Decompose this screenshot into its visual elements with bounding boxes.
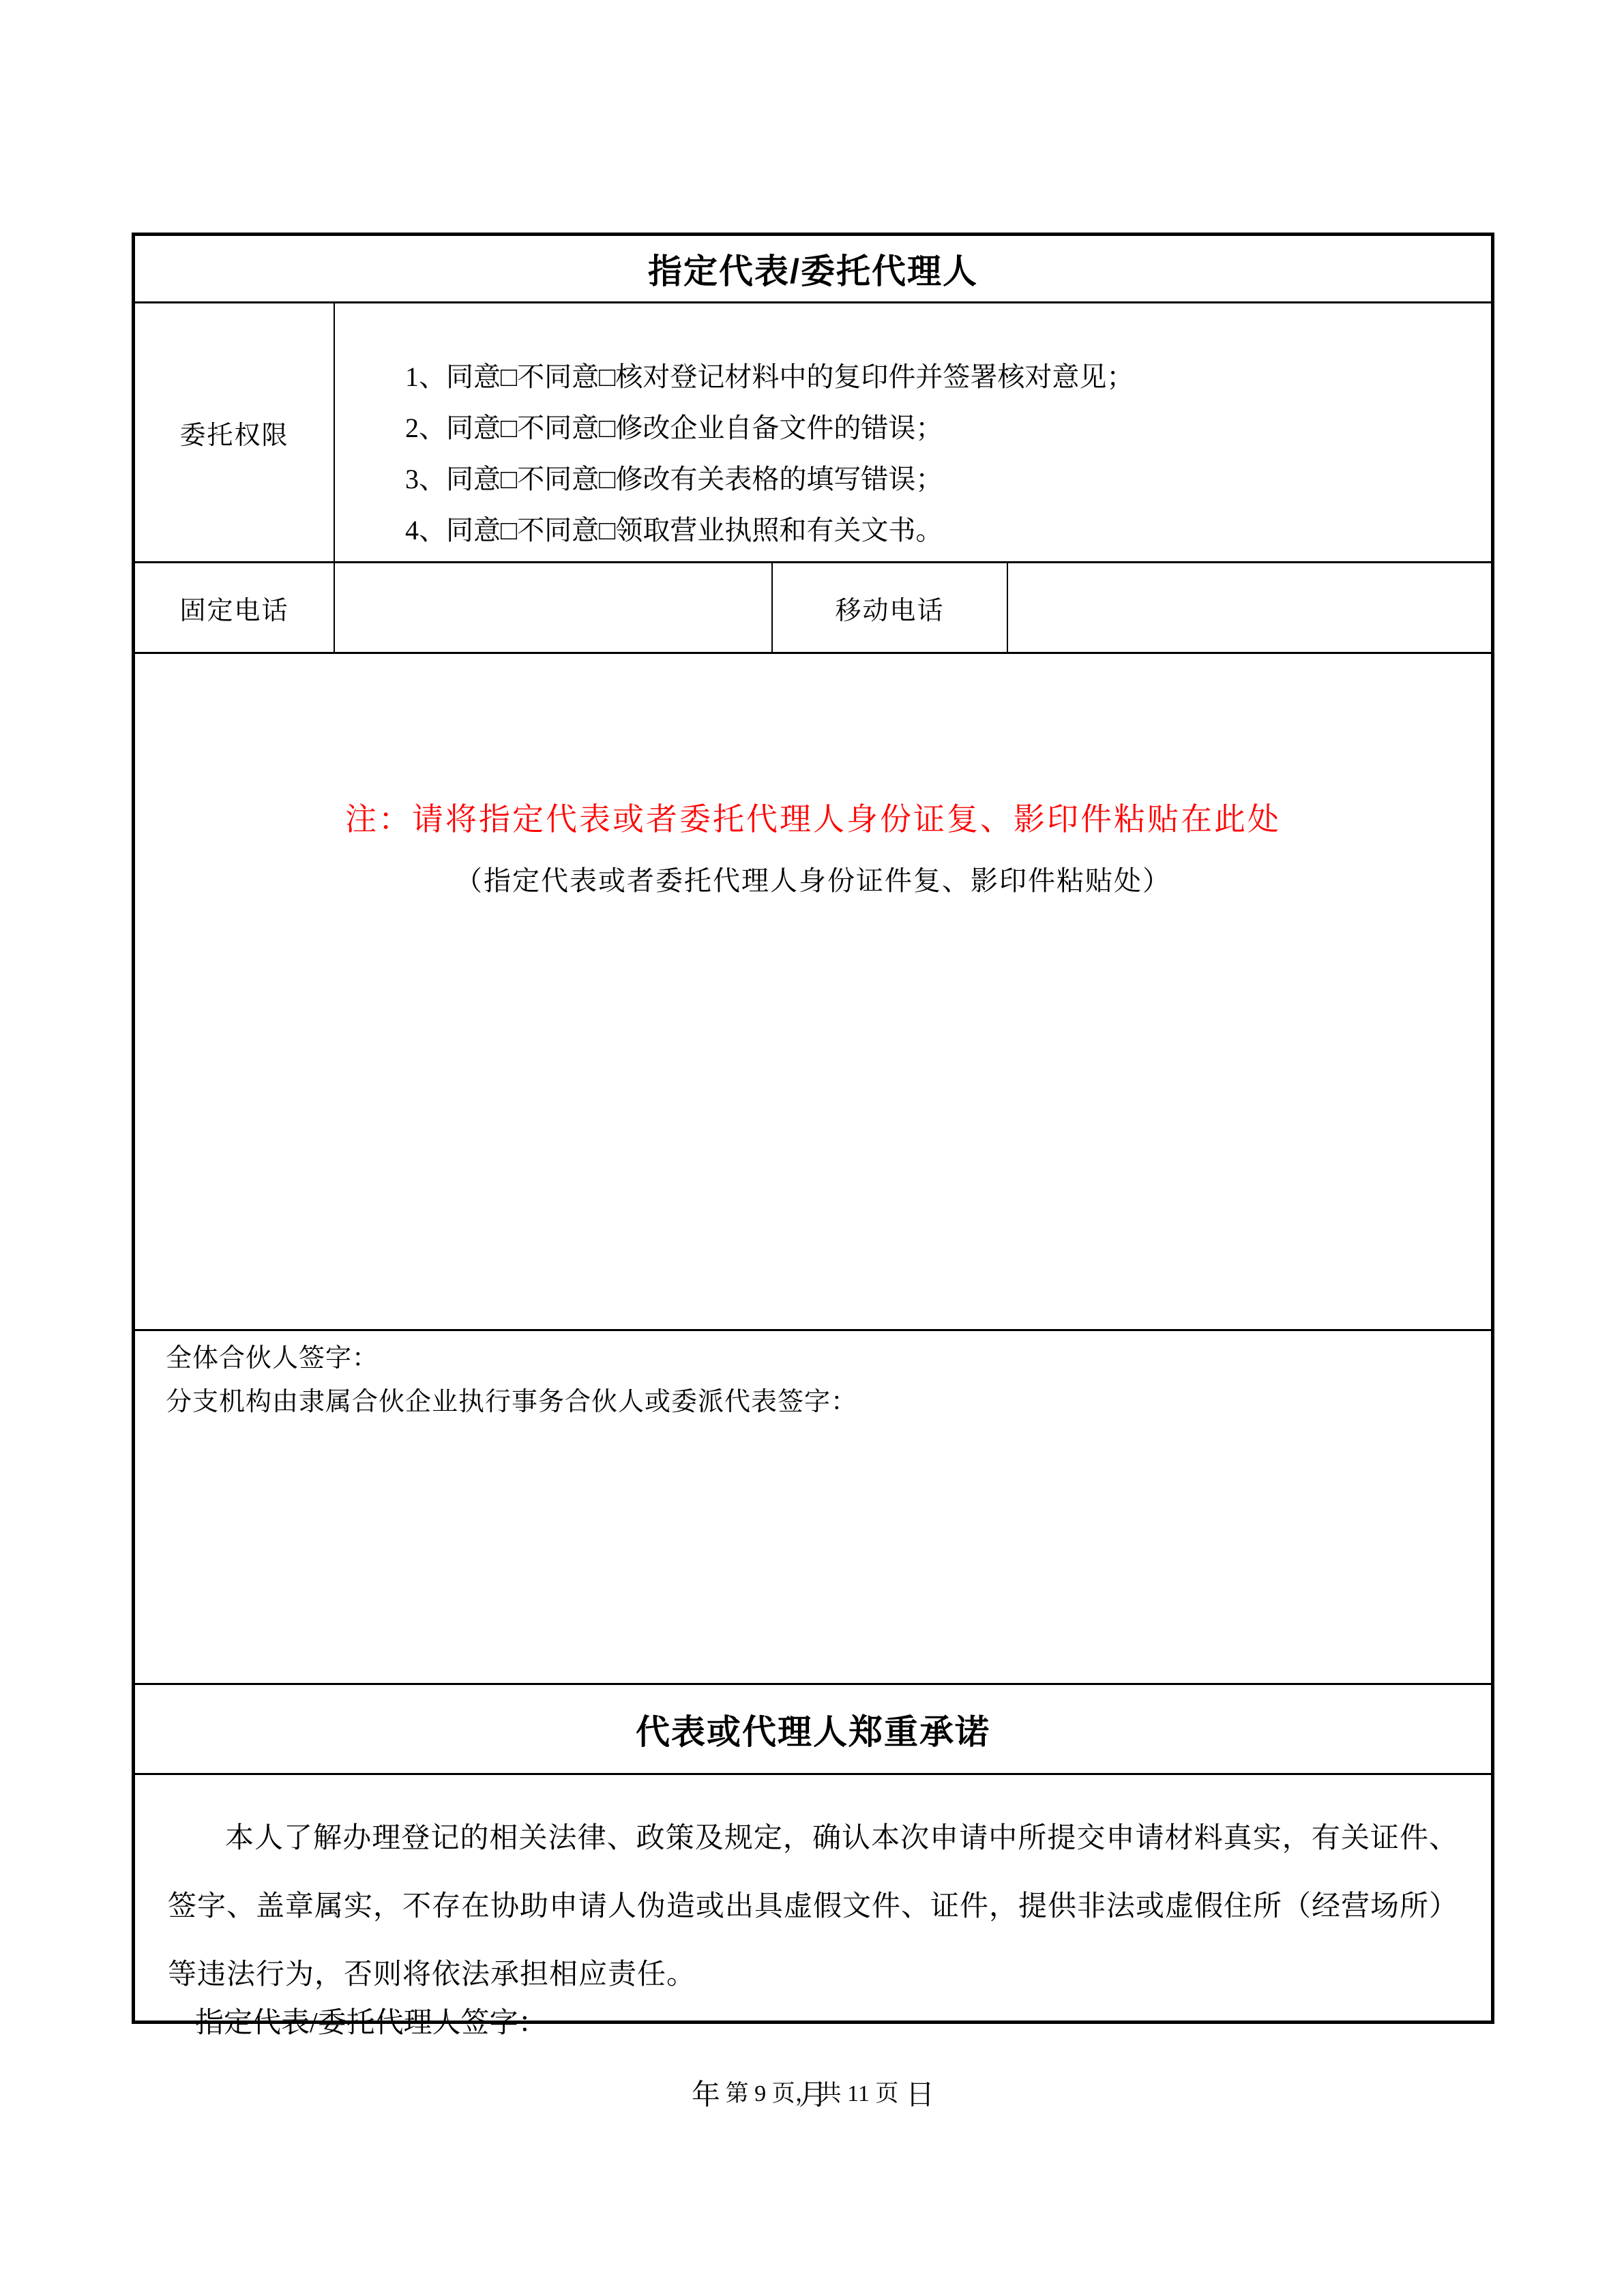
section2-title-row: 代表或代理人郑重承诺 [135, 1685, 1491, 1775]
section1-title: 指定代表/委托代理人 [648, 244, 978, 293]
delegation-label-cell: 委托权限 [135, 303, 335, 561]
form-page: 指定代表/委托代理人 委托权限 1、同意□不同意□核对登记材料中的复印件并签署核… [0, 0, 1624, 2296]
designated-representative-form: 指定代表/委托代理人 委托权限 1、同意□不同意□核对登记材料中的复印件并签署核… [132, 233, 1494, 2024]
delegation-item-2-agree-disagree-checkboxes[interactable]: 2、同意□不同意□修改企业自备文件的错误； [405, 402, 1477, 453]
fixed-phone-label-cell: 固定电话 [135, 563, 335, 652]
branch-partner-signature-label: 分支机构由隶属合伙企业执行事务合伙人或委派代表签字： [166, 1380, 1477, 1424]
page-number-footer: 第 9 页，共 11 页 [0, 2074, 1624, 2108]
declaration-text: 本人了解办理登记的相关法律、政策及规定，确认本次申请中所提交申请材料真实，有关证… [168, 1804, 1458, 2009]
delegation-items-cell: 1、同意□不同意□核对登记材料中的复印件并签署核对意见； 2、同意□不同意□修改… [335, 303, 1491, 561]
id-paste-location-note: （指定代表或者委托代理人身份证件复、影印件粘贴处） [135, 862, 1491, 900]
fixed-phone-label: 固定电话 [179, 589, 289, 627]
delegation-row: 委托权限 1、同意□不同意□核对登记材料中的复印件并签署核对意见； 2、同意□不… [135, 303, 1491, 563]
id-copy-paste-area[interactable]: 注：请将指定代表或者委托代理人身份证复、影印件粘贴在此处 （指定代表或者委托代理… [135, 799, 1491, 1331]
section1-title-row: 指定代表/委托代理人 [135, 236, 1491, 303]
partner-signature-area[interactable]: 全体合伙人签字： 分支机构由隶属合伙企业执行事务合伙人或委派代表签字： [135, 1331, 1491, 1685]
declaration-area: 本人了解办理登记的相关法律、政策及规定，确认本次申请中所提交申请材料真实，有关证… [135, 1775, 1491, 2110]
delegation-item-3-agree-disagree-checkboxes[interactable]: 3、同意□不同意□修改有关表格的填写错误； [405, 453, 1477, 505]
delegation-label: 委托权限 [179, 414, 289, 451]
delegation-item-4-agree-disagree-checkboxes[interactable]: 4、同意□不同意□领取营业执照和有关文书。 [405, 505, 1477, 556]
representative-signature-label[interactable]: 指定代表/委托代理人签字： [195, 2009, 1458, 2038]
phone-row: 固定电话 移动电话 [135, 563, 1491, 654]
all-partners-signature-label: 全体合伙人签字： [166, 1337, 1477, 1380]
id-paste-instruction-red-note: 注：请将指定代表或者委托代理人身份证复、影印件粘贴在此处 [135, 799, 1491, 840]
mobile-phone-label: 移动电话 [835, 589, 944, 627]
fixed-phone-value-field[interactable] [335, 563, 773, 652]
delegation-item-1-agree-disagree-checkboxes[interactable]: 1、同意□不同意□核对登记材料中的复印件并签署核对意见； [405, 351, 1477, 402]
mobile-phone-value-field[interactable] [1008, 563, 1491, 652]
section2-title: 代表或代理人郑重承诺 [636, 1705, 990, 1754]
mobile-phone-label-cell: 移动电话 [773, 563, 1008, 652]
